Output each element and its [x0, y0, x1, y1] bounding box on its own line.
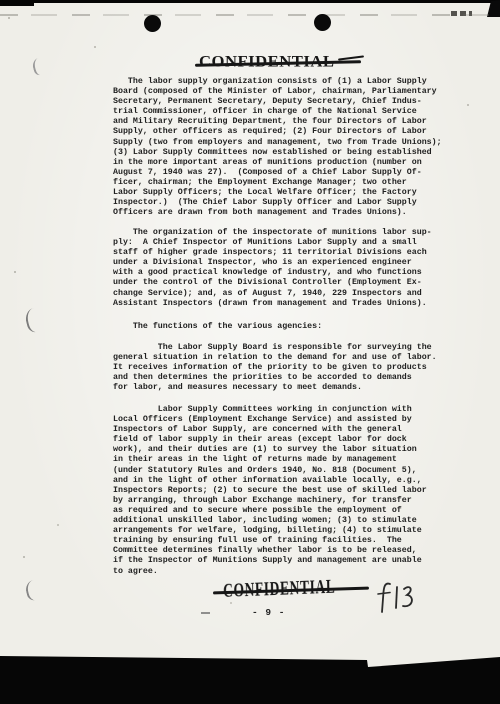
stray-dash-mark: [201, 612, 210, 614]
paragraph-functions-heading: The functions of the various agencies:: [113, 322, 458, 332]
paragraph-labor-supply-organization: The labor supply organization consists o…: [113, 77, 458, 218]
punch-hole-right: [314, 14, 331, 31]
scan-streak-line: [0, 14, 500, 16]
pencil-paren-mark-middle: [23, 306, 46, 334]
handwritten-note-f13: [374, 579, 422, 615]
pencil-paren-mark-bottom: [24, 578, 45, 602]
paragraph-labor-supply-committees: Labor Supply Committees working in conju…: [113, 405, 458, 577]
paper-specks: [8, 17, 10, 19]
pencil-paren-mark-top: [31, 57, 48, 77]
paragraph-inspectorate-organization: The organization of the inspectorate of …: [113, 228, 458, 309]
scan-edge-bar-left: [0, 0, 34, 6]
scan-bottom-band: [0, 650, 500, 704]
scan-edge-bar: [0, 0, 500, 3]
page-number: - 9 -: [252, 607, 286, 618]
punch-hole-left: [144, 15, 161, 32]
scanned-document-page: CONFIDENTIAL The labor supply organizati…: [0, 0, 500, 704]
paragraph-labor-supply-board: The Labor Supply Board is responsible fo…: [113, 343, 458, 393]
